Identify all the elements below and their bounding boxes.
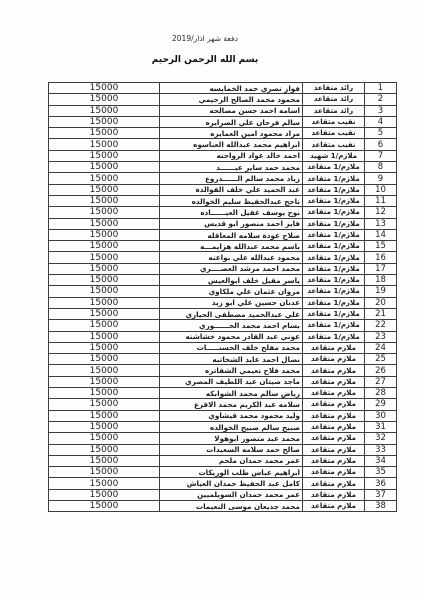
payments-table: 1رائد متقاعدفواز نصري حمد الخمايسه150002… [48,82,397,512]
cell-name: مروان عثمان علي ملكاوي [160,286,303,297]
cell-name: مراد محمود امين العمايره [160,128,303,139]
table-row: 14ملازم/1 متقاعدصلاح عودة سلامه المعاقله… [49,229,397,240]
cell-amount: 15000 [49,150,160,161]
document-title: دفعة شهر اذار/2019 [0,34,410,43]
cell-rank: ملازم متقاعد [303,354,365,365]
cell-no: 17 [365,263,397,274]
cell-name: بسام احمد محمد الحــــــوري [160,320,303,331]
cell-rank: ملازم متقاعد [303,478,365,489]
cell-name: محمد جديعان موسى النعيمات [160,500,303,511]
cell-amount: 15000 [49,116,160,127]
table-row: 11ملازم/1 متقاعدناجح عبدالحفيظ سليم الخو… [49,195,397,206]
cell-rank: ملازم/1 متقاعد [303,162,365,173]
cell-amount: 15000 [49,105,160,116]
cell-name: عوني عبد القادر محمود خشاشنه [160,331,303,342]
table-row: 5نقيب متقاعدمراد محمود امين العمايره1500… [49,128,397,139]
cell-amount: 15000 [49,173,160,184]
cell-no: 35 [365,467,397,478]
cell-no: 21 [365,308,397,319]
cell-amount: 15000 [49,308,160,319]
cell-rank: ملازم/1 متقاعد [303,286,365,297]
cell-amount: 15000 [49,218,160,229]
cell-no: 29 [365,399,397,410]
cell-name: محمد فلاح نعيمي الشفاتره [160,365,303,376]
table-row: 1رائد متقاعدفواز نصري حمد الخمايسه15000 [49,83,397,94]
cell-no: 1 [365,83,397,94]
table-row: 17ملازم/1 متقاعدمحمد احمد مرشد العصــــر… [49,263,397,274]
cell-name: نضال احمد عايد الشخاتبه [160,354,303,365]
cell-no: 9 [365,173,397,184]
cell-amount: 15000 [49,241,160,252]
cell-rank: رائد متقاعد [303,94,365,105]
cell-no: 10 [365,184,397,195]
table-row: 27ملازم متقاعدماجد صيتان عبد اللطيف المص… [49,376,397,387]
table-row: 15ملازم/1 متقاعدباسم محمد عبدالله هزايمـ… [49,241,397,252]
cell-amount: 15000 [49,162,160,173]
table-row: 19ملازم/1 متقاعدمروان عثمان علي ملكاوي15… [49,286,397,297]
cell-name: صبيح سالم صبيح الخوالده [160,421,303,432]
table-row: 16ملازم/1 متقاعدمحمود عبدالله علي بواعنه… [49,252,397,263]
cell-rank: ملازم متقاعد [303,489,365,500]
table-row: 2رائد متقاعدمحمود محمد الصالح الرحيمي150… [49,94,397,105]
cell-amount: 15000 [49,139,160,150]
cell-rank: نقيب متقاعد [303,128,365,139]
table-row: 12ملازم/1 متقاعدنوح يوسف عقيل العيــــــ… [49,207,397,218]
cell-rank: ملازم/1 متقاعد [303,195,365,206]
cell-no: 12 [365,207,397,218]
cell-no: 24 [365,342,397,353]
table-row: 23ملازم/1 متقاعدعوني عبد القادر محمود خش… [49,331,397,342]
cell-no: 13 [365,218,397,229]
cell-name: زياد محمد سالم الــــــدروع [160,173,303,184]
cell-rank: ملازم متقاعد [303,421,365,432]
cell-amount: 15000 [49,433,160,444]
basmala-heading: بسم الله الرحمن الرحيم [0,55,410,65]
cell-name: محمد احمد مرشد العصــــري [160,263,303,274]
cell-rank: ملازم/1 شهيد [303,150,365,161]
cell-amount: 15000 [49,365,160,376]
cell-amount: 15000 [49,297,160,308]
cell-no: 16 [365,252,397,263]
cell-rank: ملازم/1 متقاعد [303,331,365,342]
cell-no: 19 [365,286,397,297]
table-row: 4نقيب متقاعدسالم فرحان علي الصرايره15000 [49,116,397,127]
scanned-document-page: دفعة شهر اذار/2019 بسم الله الرحمن الرحي… [0,0,424,600]
table-row: 10ملازم/1 متقاعدعبد الحميد علي خلف الفوا… [49,184,397,195]
cell-name: ماجد صيتان عبد اللطيف المصري [160,376,303,387]
table-row: 21ملازم/1 متقاعدعلي عبدالحميد مصطفى الحي… [49,308,397,319]
cell-amount: 15000 [49,354,160,365]
cell-name: عدنان حسين علي ابو زيد [160,297,303,308]
cell-no: 14 [365,229,397,240]
cell-no: 3 [365,105,397,116]
cell-rank: ملازم متقاعد [303,376,365,387]
cell-amount: 15000 [49,94,160,105]
table-row: 29ملازم متقاعدسلامه عبد الكريم محمد الاق… [49,399,397,410]
cell-no: 6 [365,139,397,150]
cell-rank: ملازم/1 متقاعد [303,320,365,331]
table-row: 20ملازم/1 متقاعدعدنان حسين علي ابو زيد15… [49,297,397,308]
cell-name: محمد عبد منصور ابوهولا [160,433,303,444]
cell-no: 7 [365,150,397,161]
cell-rank: نقيب متقاعد [303,139,365,150]
cell-rank: ملازم/1 متقاعد [303,263,365,274]
cell-no: 2 [365,94,397,105]
cell-rank: ملازم/1 متقاعد [303,207,365,218]
cell-amount: 15000 [49,83,160,94]
cell-no: 11 [365,195,397,206]
table-row: 34ملازم متقاعدعمر محمد حمدان ملحم15000 [49,455,397,466]
cell-amount: 15000 [49,444,160,455]
table-row: 32ملازم متقاعدمحمد عبد منصور ابوهولا1500… [49,433,397,444]
cell-amount: 15000 [49,252,160,263]
cell-amount: 15000 [49,331,160,342]
table-row: 33ملازم متقاعدصالح حمد سلامه السعيدات150… [49,444,397,455]
cell-rank: ملازم متقاعد [303,365,365,376]
cell-name: عمر محمد حمدان السويلميين [160,489,303,500]
cell-name: علي عبدالحميد مصطفى الحياري [160,308,303,319]
cell-name: صالح حمد سلامه السعيدات [160,444,303,455]
cell-amount: 15000 [49,500,160,511]
cell-amount: 15000 [49,286,160,297]
cell-name: سالم فرحان علي الصرايره [160,116,303,127]
cell-amount: 15000 [49,229,160,240]
cell-name: نوح يوسف عقيل العيــــــاده [160,207,303,218]
cell-rank: ملازم متقاعد [303,410,365,421]
table-row: 24ملازم متقاعدمحمد مفلح خلف الحسنـــــات… [49,342,397,353]
cell-name: ابراهيم محمد عبدالله العناسوه [160,139,303,150]
table-row: 9ملازم/1 متقاعدزياد محمد سالم الــــــدر… [49,173,397,184]
cell-rank: ملازم/1 متقاعد [303,297,365,308]
table-row: 6نقيب متقاعدابراهيم محمد عبدالله العناسو… [49,139,397,150]
cell-rank: رائد متقاعد [303,105,365,116]
cell-name: باسم محمد عبدالله هزايمـــه [160,241,303,252]
cell-amount: 15000 [49,455,160,466]
cell-name: عمر محمد حمدان ملحم [160,455,303,466]
cell-no: 31 [365,421,397,432]
cell-no: 38 [365,500,397,511]
cell-rank: ملازم/1 متقاعد [303,184,365,195]
cell-rank: ملازم متقاعد [303,342,365,353]
cell-no: 20 [365,297,397,308]
cell-name: محمود محمد الصالح الرحيمي [160,94,303,105]
cell-rank: ملازم متقاعد [303,467,365,478]
table-row: 30ملازم متقاعدوليد محمود محمد قيشاوي1500… [49,410,397,421]
cell-no: 8 [365,162,397,173]
cell-no: 26 [365,365,397,376]
cell-rank: ملازم متقاعد [303,444,365,455]
cell-amount: 15000 [49,320,160,331]
cell-amount: 15000 [49,207,160,218]
table-row: 25ملازم متقاعدنضال احمد عايد الشخاتبه150… [49,354,397,365]
cell-rank: ملازم متقاعد [303,455,365,466]
table-row: 8ملازم/1 متقاعدمحمد حمد ساير عبــــــد15… [49,162,397,173]
cell-no: 32 [365,433,397,444]
cell-no: 28 [365,388,397,399]
cell-amount: 15000 [49,478,160,489]
cell-no: 25 [365,354,397,365]
table-row: 13ملازم/1 متقاعدفايز احمد منصور ابو قديس… [49,218,397,229]
table-row: 3رائد متقاعداسامه احمد حسن مصالحه15000 [49,105,397,116]
cell-rank: ملازم متقاعد [303,388,365,399]
cell-rank: رائد متقاعد [303,83,365,94]
cell-name: اسامه احمد حسن مصالحه [160,105,303,116]
cell-no: 33 [365,444,397,455]
cell-no: 15 [365,241,397,252]
cell-rank: ملازم/1 متقاعد [303,308,365,319]
cell-amount: 15000 [49,275,160,286]
cell-amount: 15000 [49,195,160,206]
cell-name: ابراهيم عباس طلب الوريكات [160,467,303,478]
cell-rank: ملازم/1 متقاعد [303,252,365,263]
cell-no: 22 [365,320,397,331]
cell-amount: 15000 [49,399,160,410]
cell-no: 34 [365,455,397,466]
cell-rank: ملازم متقاعد [303,433,365,444]
cell-no: 36 [365,478,397,489]
table-row: 31ملازم متقاعدصبيح سالم صبيح الخوالده150… [49,421,397,432]
table-row: 36ملازم متقاعدكامل عبد الحفيظ حمدان العي… [49,478,397,489]
cell-name: ناجح عبدالحفيظ سليم الخوالده [160,195,303,206]
cell-rank: ملازم متقاعد [303,399,365,410]
cell-amount: 15000 [49,184,160,195]
cell-name: وليد محمود محمد قيشاوي [160,410,303,421]
cell-amount: 15000 [49,421,160,432]
cell-rank: ملازم متقاعد [303,500,365,511]
table-row: 28ملازم متقاعدرياض سالم محمد الشوابكه150… [49,388,397,399]
table-row: 38ملازم متقاعدمحمد جديعان موسى النعيمات1… [49,500,397,511]
cell-name: رياض سالم محمد الشوابكه [160,388,303,399]
cell-amount: 15000 [49,489,160,500]
payments-table-body: 1رائد متقاعدفواز نصري حمد الخمايسه150002… [49,83,397,512]
table-row: 37ملازم متقاعدعمر محمد حمدان السويلميين1… [49,489,397,500]
cell-name: فايز احمد منصور ابو قديس [160,218,303,229]
cell-no: 37 [365,489,397,500]
table-row: 26ملازم متقاعدمحمد فلاح نعيمي الشفاتره15… [49,365,397,376]
cell-rank: ملازم/1 متقاعد [303,241,365,252]
cell-name: محمد مفلح خلف الحسنـــــات [160,342,303,353]
cell-name: ياسر مقبل خلف ابوالعيس [160,275,303,286]
cell-name: سلامه عبد الكريم محمد الاقرع [160,399,303,410]
table-row: 7ملازم/1 شهيداحمد خالد عواد الرواحنه1500… [49,150,397,161]
cell-no: 27 [365,376,397,387]
cell-name: عبد الحميد علي خلف الفوالدة [160,184,303,195]
cell-no: 4 [365,116,397,127]
cell-no: 30 [365,410,397,421]
cell-rank: ملازم/1 متقاعد [303,275,365,286]
cell-no: 18 [365,275,397,286]
cell-amount: 15000 [49,263,160,274]
cell-amount: 15000 [49,342,160,353]
cell-rank: ملازم/1 متقاعد [303,218,365,229]
table-row: 35ملازم متقاعدابراهيم عباس طلب الوريكات1… [49,467,397,478]
cell-rank: نقيب متقاعد [303,116,365,127]
cell-name: محمد حمد ساير عبــــــد [160,162,303,173]
cell-amount: 15000 [49,410,160,421]
cell-name: كامل عبد الحفيظ حمدان العياش [160,478,303,489]
cell-name: محمود عبدالله علي بواعنه [160,252,303,263]
table-row: 18ملازم/1 متقاعدياسر مقبل خلف ابوالعيس15… [49,275,397,286]
cell-amount: 15000 [49,388,160,399]
cell-amount: 15000 [49,128,160,139]
cell-name: فواز نصري حمد الخمايسه [160,83,303,94]
cell-no: 23 [365,331,397,342]
cell-rank: ملازم/1 متقاعد [303,173,365,184]
cell-amount: 15000 [49,376,160,387]
cell-name: صلاح عودة سلامه المعاقله [160,229,303,240]
cell-no: 5 [365,128,397,139]
cell-rank: ملازم/1 متقاعد [303,229,365,240]
table-row: 22ملازم/1 متقاعدبسام احمد محمد الحــــــ… [49,320,397,331]
cell-name: احمد خالد عواد الرواحنه [160,150,303,161]
cell-amount: 15000 [49,467,160,478]
